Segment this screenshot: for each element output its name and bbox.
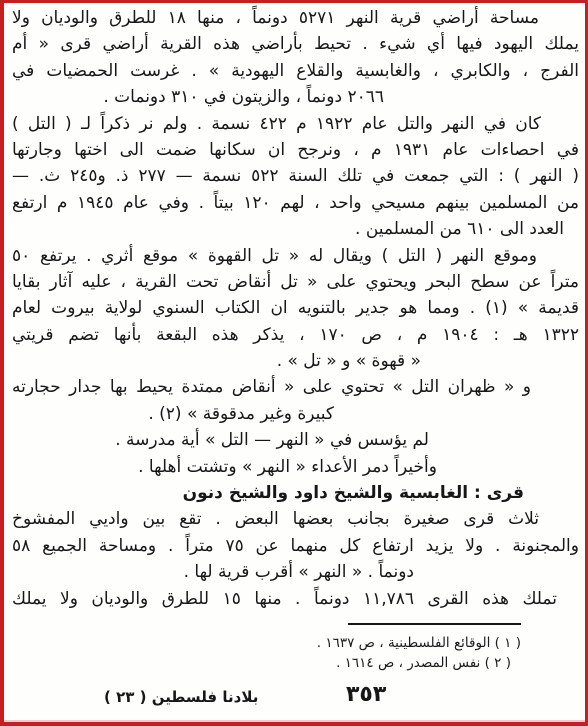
text-line: العدد الى ٦١٠ من المسلمين . — [12, 216, 579, 242]
text-line: و « ظهران التل » تحتوي على « أنقاض ممتدة… — [12, 374, 579, 400]
scanned-book-page: مساحة أراضي قرية النهر ٥٢٧١ دونماً ، منه… — [0, 0, 588, 726]
text-line: وموقع النهر ( التل ) ويقال له « تل القهو… — [12, 243, 579, 269]
text-line: دونماً . « النهر » أقرب قرية لها . — [12, 559, 579, 585]
text-line: يملك اليهود فيها أي شيء . تحيط بأراضي هذ… — [12, 31, 579, 57]
text-line: « قهوة » و « تل » . — [12, 348, 579, 374]
page-number: ٣٥٣ — [346, 682, 386, 707]
page-text: مساحة أراضي قرية النهر ٥٢٧١ دونماً ، منه… — [12, 5, 579, 612]
text-line: الفرج ، والكابري ، والغابسية والقلاع الي… — [12, 58, 579, 84]
text-line: مساحة أراضي قرية النهر ٥٢٧١ دونماً ، منه… — [12, 5, 579, 31]
text-line: ٢٠٦٦ دونماً ، والزيتون في ٣١٠ دونمات . — [12, 84, 579, 110]
text-line: ١٣٢٢ هـ : ١٩٠٤ م ، ص ١٧٠ ، يذكر هذه البق… — [12, 322, 579, 348]
text-line: لم يؤسس في « النهر — التل » أية مدرسة . — [12, 427, 579, 453]
text-line: والمجنونة . ولا يزيد ارتفاع كل منهما عن … — [12, 533, 579, 559]
text-line: وأخيراً دمر الأعداء « النهر » وتشتت أهله… — [12, 454, 579, 480]
section-heading: قرى : الغابسية والشيخ داود والشيخ دنون — [12, 480, 579, 506]
text-line: كبيرة وغير مدقوقة » (٢) . — [12, 401, 579, 427]
footnote-separator — [348, 623, 521, 625]
text-line: في احصاءات عام ١٩٣١ م ، ونرجح ان سكانها … — [12, 137, 579, 163]
text-line: ( النهر ) : التي جمعت في تلك السنة ٥٢٢ ن… — [12, 163, 579, 189]
text-line: متراً عن سطح البحر ويحتوي على « تل أنقاض… — [12, 269, 579, 295]
footnote: ( ٢ ) نفس المصدر ، ص ١٦١٤ . — [64, 653, 521, 673]
footnote: ( ١ ) الوقائع الفلسطينية ، ص ١٦٣٧ . — [64, 633, 521, 653]
text-line: ثلاث قرى صغيرة بجانب بعضها البعض . تقع ب… — [12, 506, 579, 532]
text-line: من المسلمين بينهم مسيحي واحد ، لهم ١٢٠ ب… — [12, 190, 579, 216]
footnotes: ( ١ ) الوقائع الفلسطينية ، ص ١٦٣٧ . ( ٢ … — [64, 633, 521, 673]
book-title-footer: بلادنا فلسطين ( ٢٣ ) — [104, 688, 258, 706]
text-line: تملك هذه القرى ١١,٧٨٦ دونماً . منها ١٥ ل… — [12, 586, 579, 612]
text-line: كان في النهر والتل عام ١٩٢٢ م ٤٢٢ نسمة .… — [12, 111, 579, 137]
text-line: قديمة » (١) . ومما هو جدير بالتنويه ان ا… — [12, 295, 579, 321]
